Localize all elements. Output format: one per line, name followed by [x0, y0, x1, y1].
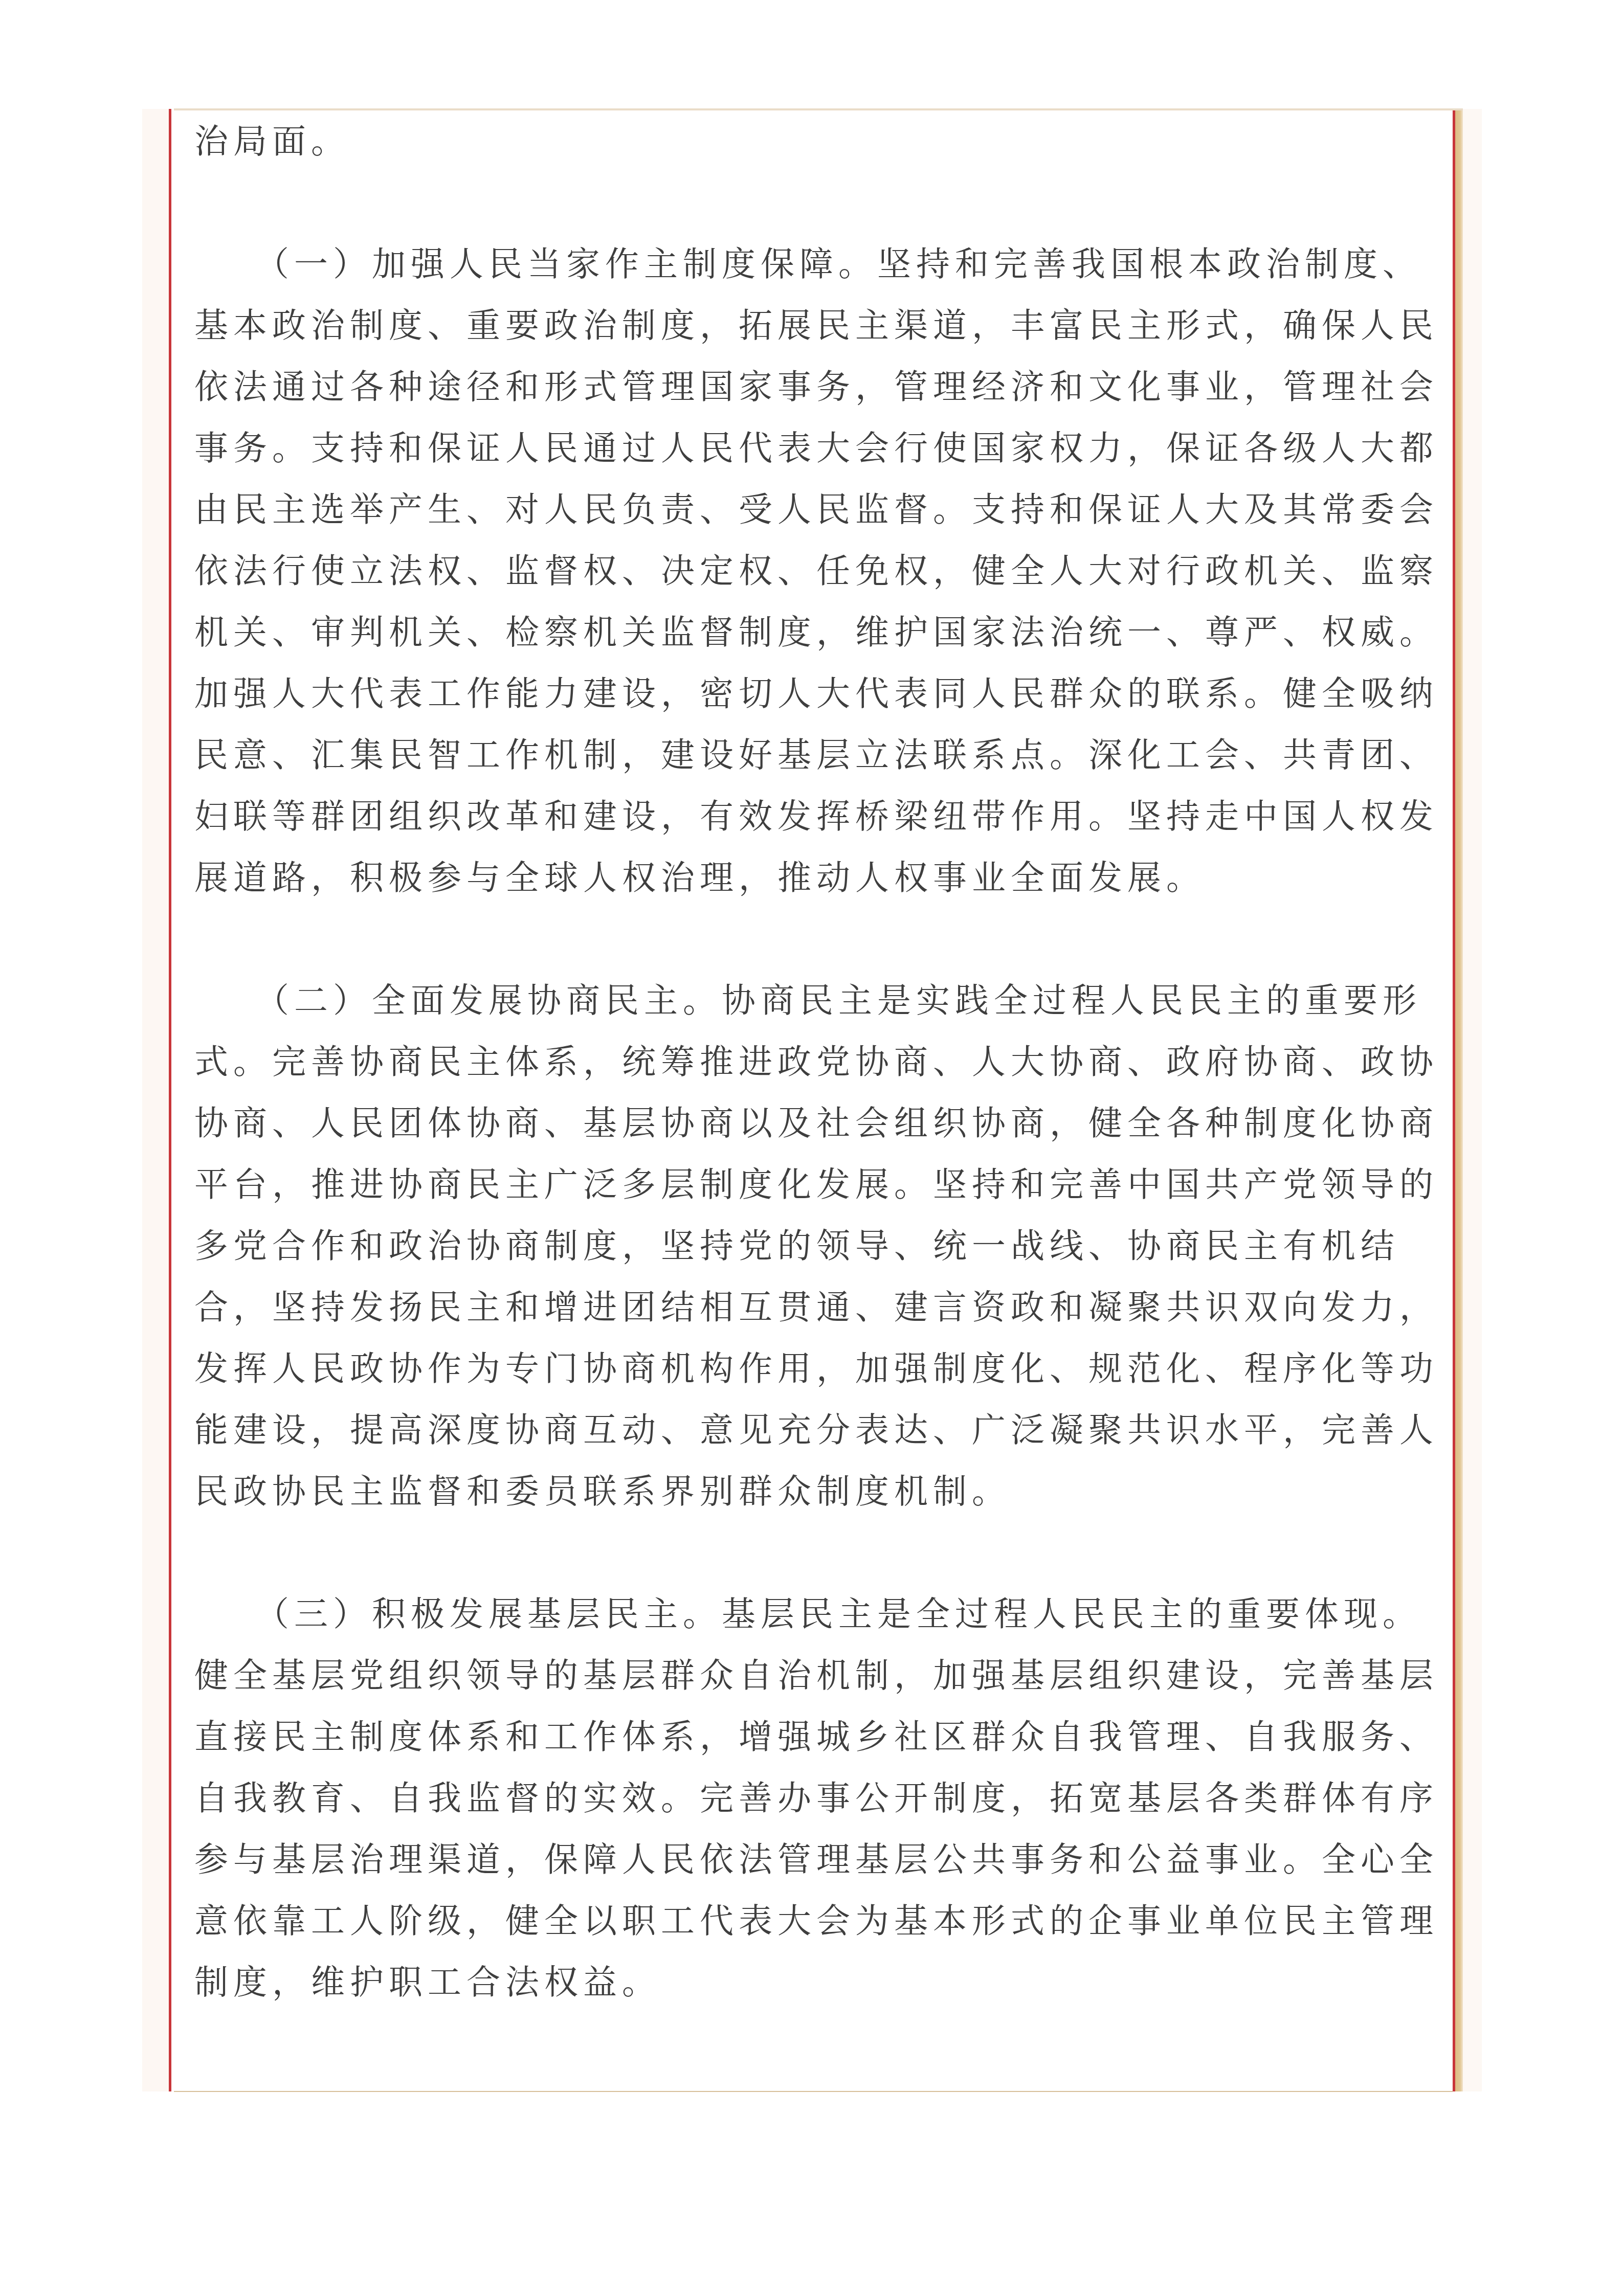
text-line: 平台，推进协商民主广泛多层制度化发展。坚持和完善中国共产党领导的	[194, 1154, 1453, 1215]
text-line: 民意、汇集民智工作机制，建设好基层立法联系点。深化工会、共青团、	[194, 725, 1453, 786]
section-2-paragraph: （二）全面发展协商民主。协商民主是实践全过程人民民主的重要形 式。完善协商民主体…	[194, 970, 1453, 1522]
text-line: 制度，维护职工合法权益。	[194, 1952, 1453, 2013]
text-line: 加强人大代表工作能力建设，密切人大代表同人民群众的联系。健全吸纳	[194, 663, 1453, 725]
document-page: 治局面。 （一）加强人民当家作主制度保障。坚持和完善我国根本政治制度、 基本政治…	[142, 109, 1482, 2091]
continuation-paragraph: 治局面。	[194, 111, 1453, 172]
text-line: 参与基层治理渠道，保障人民依法管理基层公共事务和公益事业。全心全	[194, 1829, 1453, 1890]
right-decorative-band	[1463, 109, 1482, 2091]
text-line: 式。完善协商民主体系，统筹推进政党协商、人大协商、政府协商、政协	[194, 1031, 1453, 1093]
text-line: 民政协民主监督和委员联系界别群众制度机制。	[194, 1461, 1453, 1522]
left-red-rule	[169, 109, 171, 2091]
left-decorative-band	[142, 109, 169, 2091]
text-line: 基本政治制度、重要政治制度，拓展民主渠道，丰富民主形式，确保人民	[194, 295, 1453, 356]
text-line: 健全基层党组织领导的基层群众自治机制，加强基层组织建设，完善基层	[194, 1645, 1453, 1706]
right-gold-rule	[1455, 109, 1463, 2091]
section-2-heading-line: （二）全面发展协商民主。协商民主是实践全过程人民民主的重要形	[194, 970, 1453, 1031]
text-line: 合，坚持发扬民主和增进团结相互贯通、建言资政和凝聚共识双向发力，	[194, 1277, 1453, 1338]
text-line: 自我教育、自我监督的实效。完善办事公开制度，拓宽基层各类群体有序	[194, 1768, 1453, 1829]
text-line: 妇联等群团组织改革和建设，有效发挥桥梁纽带作用。坚持走中国人权发	[194, 786, 1453, 847]
text-line: 事务。支持和保证人民通过人民代表大会行使国家权力，保证各级人大都	[194, 418, 1453, 479]
text-line: 发挥人民政协作为专门协商机构作用，加强制度化、规范化、程序化等功	[194, 1338, 1453, 1400]
text-line: 由民主选举产生、对人民负责、受人民监督。支持和保证人大及其常委会	[194, 479, 1453, 541]
bottom-border-line	[174, 2091, 1453, 2092]
section-3-heading-line: （三）积极发展基层民主。基层民主是全过程人民民主的重要体现。	[194, 1584, 1453, 1645]
text-line: 依法行使立法权、监督权、决定权、任免权，健全人大对行政机关、监察	[194, 541, 1453, 602]
text-line: 意依靠工人阶级，健全以职工代表大会为基本形式的企事业单位民主管理	[194, 1890, 1453, 1952]
section-3-paragraph: （三）积极发展基层民主。基层民主是全过程人民民主的重要体现。 健全基层党组织领导…	[194, 1584, 1453, 2013]
text-line: 直接民主制度体系和工作体系，增强城乡社区群众自我管理、自我服务、	[194, 1706, 1453, 1768]
section-1-paragraph: （一）加强人民当家作主制度保障。坚持和完善我国根本政治制度、 基本政治制度、重要…	[194, 234, 1453, 909]
text-line: 多党合作和政治协商制度，坚持党的领导、统一战线、协商民主有机结	[194, 1215, 1453, 1277]
section-1-heading-line: （一）加强人民当家作主制度保障。坚持和完善我国根本政治制度、	[194, 234, 1453, 295]
text-line: 展道路，积极参与全球人权治理，推动人权事业全面发展。	[194, 847, 1453, 909]
text-line: 依法通过各种途径和形式管理国家事务，管理经济和文化事业，管理社会	[194, 356, 1453, 418]
top-border-line	[174, 108, 1463, 110]
text-line: 机关、审判机关、检察机关监督制度，维护国家法治统一、尊严、权威。	[194, 602, 1453, 663]
text-line: 协商、人民团体协商、基层协商以及社会组织协商，健全各种制度化协商	[194, 1093, 1453, 1154]
text-line: 能建设，提高深度协商互动、意见充分表达、广泛凝聚共识水平，完善人	[194, 1400, 1453, 1461]
text-line: 治局面。	[194, 111, 1453, 172]
article-body: 治局面。 （一）加强人民当家作主制度保障。坚持和完善我国根本政治制度、 基本政治…	[194, 111, 1453, 2075]
